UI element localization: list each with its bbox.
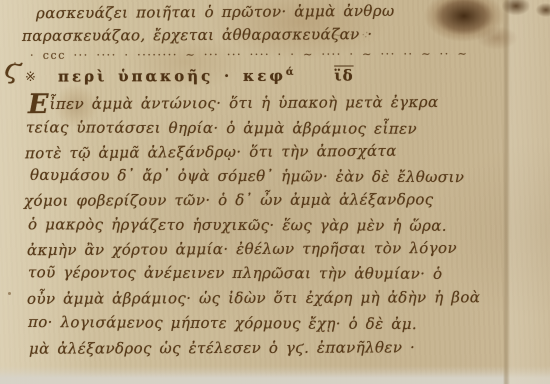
manuscript-line: χόμοι φοβερίζουν τῶν· ὁ δ᾽ ὦν ἀμμὰ ἀλέξα… (24, 190, 434, 209)
manuscript-line: παρασκευάζαο, ἔρχεται ἀθθαρασκευάζαν · (22, 25, 373, 45)
illuminated-initial: Ε (28, 89, 49, 120)
ink-speck (8, 292, 11, 295)
manuscript-line: πο· λογισάμενος μήποτε χόρμους ἔχῃ· ὁ δὲ… (28, 313, 417, 333)
faded-ink-marks: ∼ · ⁖ (332, 28, 368, 42)
filler-dots-row: · ϲϲϲ ··· ···· · ········ ∼ ··· ··· ····… (30, 47, 545, 62)
manuscript-line: ἀκμὴν ἂν χόρτου ἀμμία· ἐθέλων τηρῆσαι τὸ… (27, 239, 457, 259)
manuscript-line: Εἶπεν ἀμμὰ ἀντώνιος· ὅτι ἡ ὑπακοὴ μετὰ ἐ… (28, 93, 439, 113)
chapter-heading: περὶ ὑπακοῆς · κεφά ϊδ (58, 66, 354, 85)
manuscript-line: ποτὲ τῷ ἀμμᾶ ἀλεξάνδρῳ· ὅτι τὴν ἀποσχάτα (25, 142, 397, 163)
paragraph-mark: ϛ (1, 51, 24, 87)
manuscript-line: ρασκευάζει ποιῆται ὁ πρῶτον· ἀμμὰ ἀνθρω (36, 2, 395, 23)
manuscript-line: θαυμάσου δ᾽ ἄρ᾽ ὀψὰ σόμεθ᾽ ἡμῶν· ἐὰν δὲ … (30, 166, 464, 186)
manuscript-page: ρασκευάζει ποιῆται ὁ πρῶτον· ἀμμὰ ἀνθρω … (0, 0, 550, 384)
chapter-title-superscript: ά (286, 67, 294, 78)
chapter-number: ϊδ (334, 66, 353, 84)
line-text: ἶπεν ἀμμὰ ἀντώνιος· ὅτι ἡ ὑπακοὴ μετὰ ἐγ… (50, 93, 439, 113)
manuscript-line: ὁ μακρὸς ἠργάζετο ἡσυχικῶς· ἕως γὰρ μὲν … (28, 215, 447, 234)
manuscript-line: τείας ὑποτάσσει θηρία· ὁ ἀμμὰ ἀβράμιος ε… (26, 118, 417, 137)
manuscript-line: μὰ ἀλέξανδρος ὡς ἐτέλεσεν ὁ γϛ. ἐπανῆλθε… (29, 338, 415, 357)
asterisk-icon: ※ (25, 70, 37, 85)
manuscript-line: τοῦ γέροντος ἀνέμεινεν πληρῶσαι τὴν ἀθυμ… (28, 263, 443, 282)
chapter-title: περὶ ὑπακοῆς · κεφ (58, 67, 286, 86)
manuscript-line: οὖν ἀμμὰ ἀβράμιος· ὡς ἰδὼν ὅτι ἐχάρη μὴ … (27, 288, 480, 308)
ink-speck (14, 62, 16, 64)
